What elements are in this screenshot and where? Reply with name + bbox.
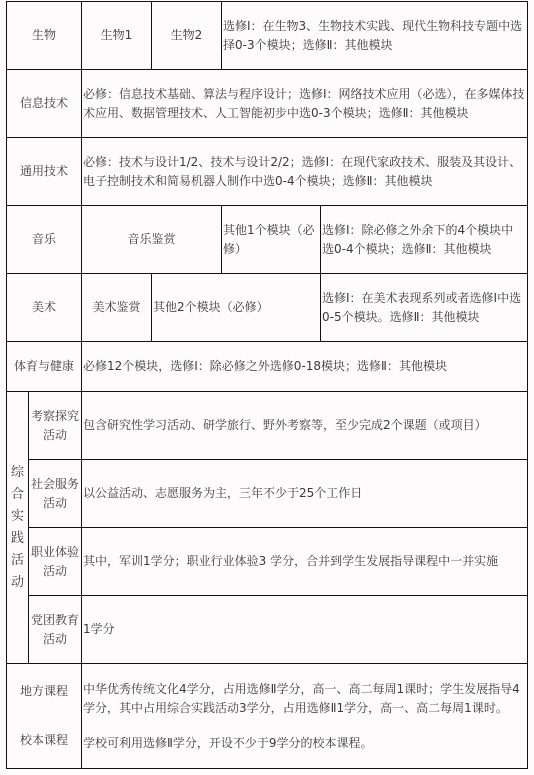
practice-item-description: 包含研究性学习活动、研学旅行、野外考察等，至少完成2个课题（或项目） — [83, 416, 487, 435]
it-description-cell: 必修：信息技术基础、算法与程序设计；选修Ⅰ：网络技术应用（必选），在多媒体技术应… — [81, 69, 528, 138]
music-elective-cell: 选修Ⅰ：除必修之外余下的4个模块中选0-4个模块；选修Ⅱ：其他模块 — [320, 205, 528, 274]
music-required: 音乐鉴赏 — [127, 230, 175, 249]
biology-elective-cell: 选修Ⅰ：在生物3、生物技术实践、现代生物科技专题中选择0-3个模块；选修Ⅱ：其他… — [221, 1, 528, 70]
pe-description: 必修12个模块，选修Ⅰ：除必修之外选修0-18模块；选修Ⅱ：其他模块 — [83, 357, 447, 376]
pe-subject: 体育与健康 — [14, 357, 74, 376]
general-tech-description: 必修：技术与设计1/2、技术与设计2/2；选修Ⅰ：在现代家政技术、服装及其设计、… — [83, 153, 525, 191]
it-description: 必修：信息技术基础、算法与程序设计；选修Ⅰ：网络技术应用（必选），在多媒体技术应… — [83, 85, 525, 123]
pe-description-cell: 必修12个模块，选修Ⅰ：除必修之外选修0-18模块；选修Ⅱ：其他模块 — [81, 341, 528, 392]
biology-required2-cell: 生物2 — [151, 1, 222, 70]
practice-item-description: 其中，军训1学分；职业行业体验3 学分，合并到学生发展指导课程中一并实施 — [83, 552, 498, 571]
biology-subject-cell: 生物 — [6, 1, 82, 70]
biology-elective: 选修Ⅰ：在生物3、生物技术实践、现代生物科技专题中选择0-3个模块；选修Ⅱ：其他… — [223, 17, 525, 55]
practice-group-char: 活 — [11, 550, 24, 572]
art-other: 其他2个模块（必修） — [153, 298, 269, 317]
general-tech-subject-cell: 通用技术 — [6, 137, 82, 206]
it-subject-cell: 信息技术 — [6, 69, 82, 138]
practice-item-name-cell: 职业体验 活动 — [28, 527, 82, 596]
practice-item-name-cell: 党团教育 活动 — [28, 595, 82, 664]
practice-item-description: 以公益活动、志愿服务为主，三年不少于25个工作日 — [83, 484, 362, 503]
art-subject-cell: 美术 — [6, 273, 82, 342]
general-tech-description-cell: 必修：技术与设计1/2、技术与设计2/2；选修Ⅰ：在现代家政技术、服装及其设计、… — [81, 137, 528, 206]
music-required-cell: 音乐鉴赏 — [81, 205, 222, 274]
art-elective: 选修Ⅰ：在美术表现系列或者选修Ⅰ中选0-5个模块。选修Ⅱ：其他模块 — [322, 289, 525, 327]
practice-item-name-cell: 社会服务 活动 — [28, 459, 82, 528]
practice-item-description-cell: 包含研究性学习活动、研学旅行、野外考察等，至少完成2个课题（或项目） — [81, 391, 528, 460]
practice-item-name-line2: 活动 — [43, 494, 67, 513]
music-subject-cell: 音乐 — [6, 205, 82, 274]
local-course-description: 中华优秀传统文化4学分，占用选修Ⅱ学分，高一、高二每周1课时；学生发展指导4学分… — [83, 680, 525, 718]
pe-subject-cell: 体育与健康 — [6, 341, 82, 392]
practice-item-name-line1: 职业体验 — [31, 543, 79, 562]
practice-group-label-cell: 综 合 实 践 活 动 — [6, 391, 29, 664]
practice-item-name-line1: 考察探究 — [31, 407, 79, 426]
practice-item-description-cell: 1学分 — [81, 595, 528, 664]
practice-item-name-line2: 活动 — [43, 426, 67, 445]
biology-required2: 生物2 — [171, 26, 203, 45]
practice-item-name-cell: 考察探究 活动 — [28, 391, 82, 460]
general-tech-subject: 通用技术 — [20, 162, 68, 181]
practice-item-name-line1: 党团教育 — [31, 611, 79, 630]
practice-item-description-cell: 以公益活动、志愿服务为主，三年不少于25个工作日 — [81, 459, 528, 528]
music-subject: 音乐 — [32, 230, 56, 249]
art-elective-cell: 选修Ⅰ：在美术表现系列或者选修Ⅰ中选0-5个模块。选修Ⅱ：其他模块 — [320, 273, 528, 342]
biology-required1-cell: 生物1 — [81, 1, 152, 70]
practice-item-name-line1: 社会服务 — [31, 475, 79, 494]
school-course-label: 校本课程 — [20, 731, 68, 750]
practice-item-name-line2: 活动 — [43, 630, 67, 649]
art-other-cell: 其他2个模块（必修） — [151, 273, 321, 342]
practice-item-name-line2: 活动 — [43, 562, 67, 581]
art-subject: 美术 — [32, 298, 56, 317]
practice-group-char: 践 — [11, 528, 24, 550]
practice-item-description-cell: 其中，军训1学分；职业行业体验3 学分，合并到学生发展指导课程中一并实施 — [81, 527, 528, 596]
local-school-label-cell: 地方课程 校本课程 — [6, 663, 82, 769]
music-elective: 选修Ⅰ：除必修之外余下的4个模块中选0-4个模块；选修Ⅱ：其他模块 — [322, 221, 525, 259]
art-required: 美术鉴赏 — [92, 298, 140, 317]
local-school-description-cell: 中华优秀传统文化4学分，占用选修Ⅱ学分，高一、高二每周1课时；学生发展指导4学分… — [81, 663, 528, 769]
biology-required1: 生物1 — [101, 26, 133, 45]
music-other-cell: 其他1个模块（必修） — [221, 205, 321, 274]
practice-group-char: 综 — [11, 462, 24, 484]
practice-group-char: 合 — [11, 484, 24, 506]
practice-group-char: 实 — [11, 506, 24, 528]
school-course-description: 学校可利用选修Ⅱ学分，开设不少于9学分的校本课程。 — [83, 734, 373, 753]
it-subject: 信息技术 — [20, 94, 68, 113]
local-course-label: 地方课程 — [20, 682, 68, 701]
art-required-cell: 美术鉴赏 — [81, 273, 152, 342]
music-other: 其他1个模块（必修） — [223, 221, 318, 259]
practice-group-char: 动 — [11, 572, 24, 594]
practice-item-description: 1学分 — [83, 620, 115, 639]
biology-subject: 生物 — [32, 26, 56, 45]
